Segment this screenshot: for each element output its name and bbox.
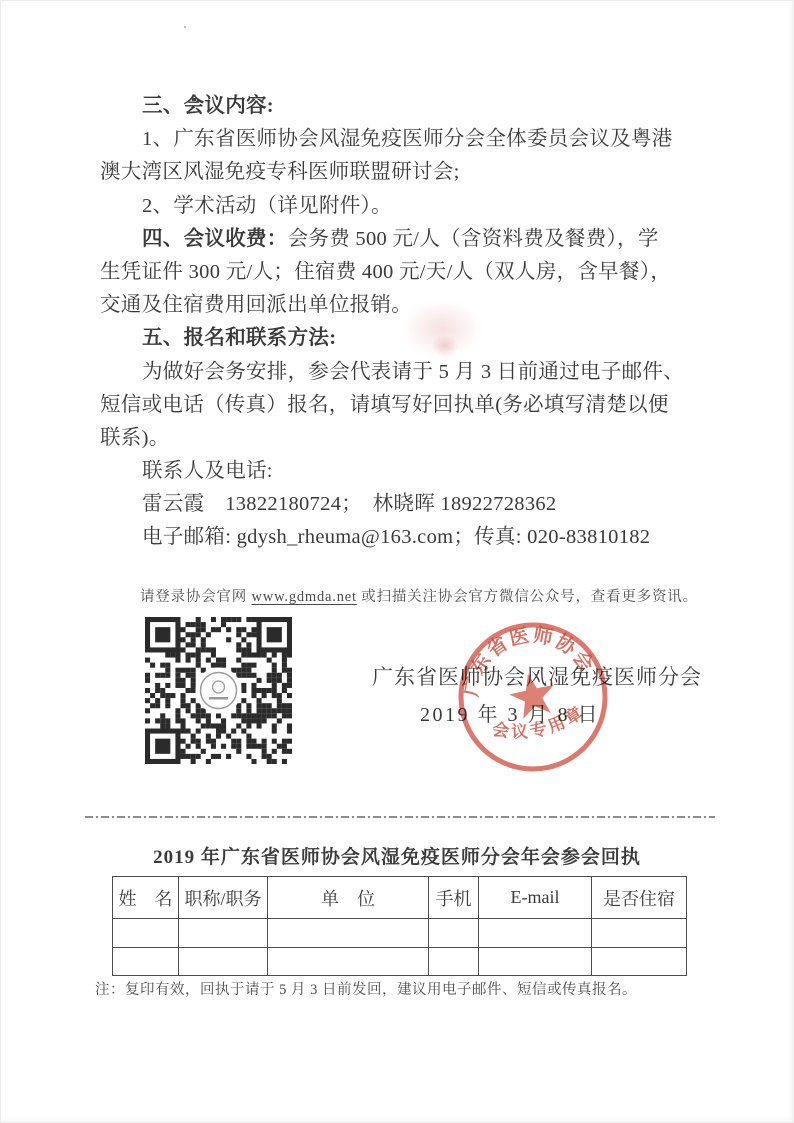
- seal-ring: [448, 612, 619, 783]
- notice-body: 三、会议内容: 1、广东省医师协会风湿免疫医师分会全体委员会议及粤港 澳大湾区风…: [100, 90, 708, 555]
- column-header-unit: 单 位: [268, 877, 429, 919]
- reply-form-title: 2019 年广东省医师协会风湿免疫医师分会年会参会回执: [0, 842, 794, 869]
- wechat-qr-code-icon: [145, 617, 292, 764]
- column-header-mobile: 手机: [429, 877, 479, 919]
- notice-line: 交通及住宿费用回派出单位报销。: [100, 289, 708, 322]
- notice-line: 为做好会务安排，参会代表请于 5 月 3 日前通过电子邮件、: [100, 356, 708, 389]
- line-text: 会务费 500 元/人（含资料费及餐费），学: [288, 228, 659, 250]
- website-line: 请登录协会官网 www.gdmda.net 或扫描关注协会官方微信公众号，查看更…: [140, 585, 698, 606]
- heading-text: 四、会议收费：: [142, 228, 288, 250]
- line-text: 联系人及电话:: [142, 460, 273, 482]
- scanned-notice-page: 三、会议内容: 1、广东省医师协会风湿免疫医师分会全体委员会议及粤港 澳大湾区风…: [0, 0, 794, 1123]
- form-cell-empty: [429, 948, 479, 976]
- form-cell-empty: [592, 919, 687, 948]
- column-header-lodging: 是否住宿: [592, 877, 687, 919]
- cut-line-divider: [85, 816, 715, 818]
- line-text: 澳大湾区风湿免疫专科医师联盟研讨会;: [100, 161, 460, 183]
- line-text: 生凭证件 300 元/人；住宿费 400 元/天/人（双人房，含早餐），: [100, 261, 671, 283]
- reply-form-note: 注：复印有效，回执于请于 5 月 3 日前发回，建议用电子邮件、短信或传真报名。: [95, 978, 637, 999]
- line-text: 1、广东省医师协会风湿免疫医师分会全体委员会议及粤港: [142, 128, 673, 150]
- website-prefix: 请登录协会官网: [140, 589, 252, 605]
- line-text: 短信或电话（传真）报名，请填写好回执单(务必填写清楚以便: [100, 394, 669, 416]
- section-heading-3: 三、会议内容:: [100, 90, 708, 123]
- form-cell-empty: [479, 919, 592, 948]
- notice-line: 1、广东省医师协会风湿免疫医师分会全体委员会议及粤港: [100, 123, 708, 156]
- contact-email-fax: 电子邮箱: gdysh_rheuma@163.com；传真: 020-83810…: [100, 521, 708, 554]
- column-header-name: 姓 名: [113, 877, 179, 919]
- website-suffix: 或扫描关注协会官方微信公众号，查看更多资讯。: [357, 589, 698, 605]
- form-cell-empty: [592, 948, 687, 976]
- column-header-email: E-mail: [479, 877, 592, 919]
- line-text: 联系)。: [100, 427, 170, 449]
- form-cell-empty: [429, 919, 479, 948]
- form-cell-empty: [113, 919, 179, 948]
- official-seal: 广东省医师协会 会议专用章: [431, 595, 635, 799]
- column-header-title: 职称/职务: [179, 877, 268, 919]
- line-text: 雷云霞 13822180724； 林晓晖 18922728362: [142, 493, 556, 515]
- notice-line: 生凭证件 300 元/人；住宿费 400 元/天/人（双人房，含早餐），: [100, 256, 708, 289]
- notice-line: 短信或电话（传真）报名，请填写好回执单(务必填写清楚以便: [100, 389, 708, 422]
- section-heading-5: 五、报名和联系方法:: [100, 322, 708, 355]
- heading-text: 三、会议内容:: [142, 95, 274, 117]
- line-text: 电子邮箱: gdysh_rheuma@163.com；传真: 020-83810…: [142, 526, 650, 548]
- form-cell-empty: [268, 948, 429, 976]
- form-cell-empty: [113, 948, 179, 976]
- heading-text: 五、报名和联系方法:: [142, 327, 336, 349]
- form-cell-empty: [268, 919, 429, 948]
- signature-organization: 广东省医师协会风湿免疫医师分会: [372, 661, 702, 691]
- line-text: 2、学术活动（详见附件）。: [142, 195, 392, 217]
- contact-phones: 雷云霞 13822180724； 林晓晖 18922728362: [100, 488, 708, 521]
- form-cell-empty: [479, 948, 592, 976]
- form-cell-empty: [179, 919, 268, 948]
- website-url: www.gdmda.net: [252, 589, 357, 605]
- line-text: 交通及住宿费用回派出单位报销。: [100, 294, 412, 316]
- scan-speck: [184, 26, 186, 28]
- reply-form-table: 姓 名 职称/职务 单 位 手机 E-mail 是否住宿: [112, 876, 687, 976]
- notice-line: 联系人及电话:: [100, 455, 708, 488]
- signature-date: 2019 年 3 月 8 日: [420, 698, 600, 727]
- section-heading-4: 四、会议收费：会务费 500 元/人（含资料费及餐费），学: [100, 223, 708, 256]
- form-cell-empty: [179, 948, 268, 976]
- notice-line: 联系)。: [100, 422, 708, 455]
- notice-line: 澳大湾区风湿免疫专科医师联盟研讨会;: [100, 156, 708, 189]
- line-text: 为做好会务安排，参会代表请于 5 月 3 日前通过电子邮件、: [142, 361, 684, 383]
- notice-line: 2、学术活动（详见附件）。: [100, 190, 708, 223]
